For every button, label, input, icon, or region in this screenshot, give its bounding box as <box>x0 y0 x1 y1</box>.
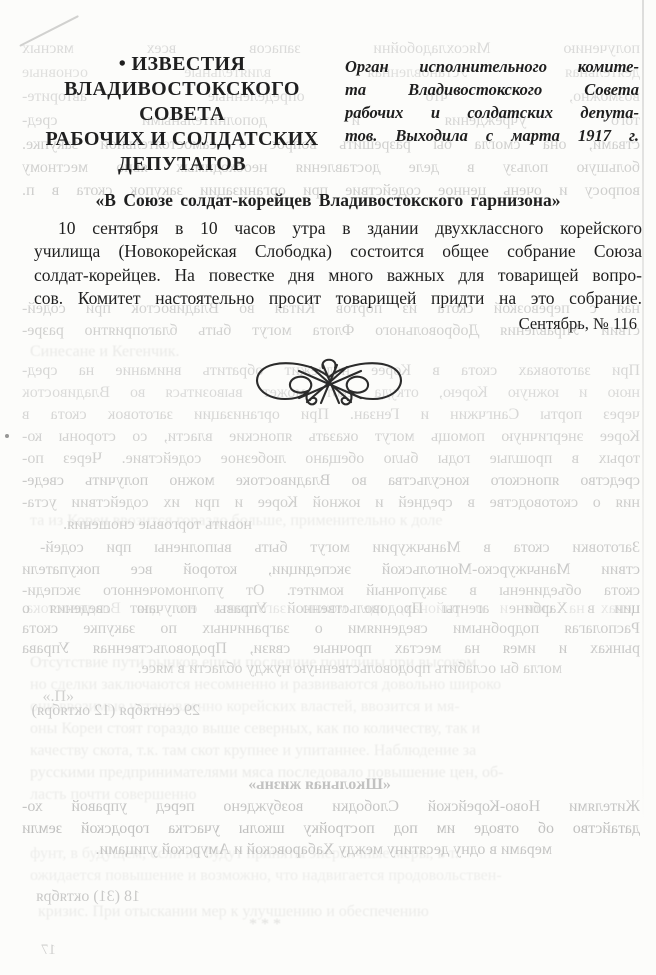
ghost-line: та из Кореи ввозится гораздо больше, при… <box>30 512 590 530</box>
text-line: солдат-корейцев. На повестке дня много в… <box>34 264 642 287</box>
text-line: ДЕПУТАТОВ <box>26 152 338 177</box>
newspaper-page: получению Мясохладобойни запасов всех мя… <box>0 0 656 975</box>
bleedthrough-line: скота объединены в закупочный комитет. О… <box>22 582 640 600</box>
publication-note: Орган исполнительного комите-та Владивос… <box>345 55 639 147</box>
bleedthrough-line: Располагая подробными сведениями о загра… <box>22 620 640 638</box>
bleedthrough-line: Заготовки скота в Маньчжурии могут быть … <box>40 539 640 557</box>
ghost-line: фунт, в будущем, если не будут приняты э… <box>30 845 630 863</box>
bleedthrough-line: торых в прошлые годы было обещано любезн… <box>22 450 640 468</box>
masthead-title: • ИЗВЕСТИЯВЛАДИВОСТОКСКОГОСОВЕТАРАБОЧИХ … <box>26 52 338 177</box>
bleedthrough-line: средство японского консульства во Владив… <box>22 472 640 490</box>
bleedthrough-line: ния о скотоводстве в средней и южной Кор… <box>22 494 640 512</box>
text-line: училища (Новокорейская Слободка) состоит… <box>34 240 642 263</box>
text-line: та Владивостокского Совета <box>345 78 639 101</box>
ghost-line: ожидается повышение и возможно, что надв… <box>30 867 630 885</box>
ghost-line: Синесане и Кегенчик. <box>30 343 240 361</box>
text-line: тов. Выходила с марта 1917 г. <box>345 124 639 147</box>
issue-dateline: Сентябрь, № 116 <box>0 314 637 334</box>
ghost-line: русскими предпринимателями мяса последов… <box>30 764 630 782</box>
bleedthrough-line: ствии Маньчжурско-Монгольской экспедиции… <box>22 561 640 579</box>
bleedthrough-line: датайство об отводе им под постройку шко… <box>22 820 640 838</box>
text-line: РАБОЧИХ И СОЛДАТСКИХ <box>26 127 338 152</box>
bleedthrough-line: Корее энергичную помощь могут оказать яп… <box>22 428 640 446</box>
text-line: • ИЗВЕСТИЯ <box>26 52 338 77</box>
ghost-line: но сделки заключаются несомненно и разви… <box>30 676 630 694</box>
article-headline: «В Союзе солдат-корейцев Владивостокског… <box>0 190 656 211</box>
ghost-line: Отсутствие пути рынков еще и последние п… <box>30 654 630 672</box>
text-line: сов. Комитет настоятельно просит товарищ… <box>34 287 642 310</box>
ghost-line: они ввозимые установленно корейских влас… <box>30 698 630 716</box>
bleedthrough-line: ценах на скот и о районах, где можно заг… <box>22 600 640 618</box>
text-line: Орган исполнительного комите- <box>345 55 639 78</box>
text-line: СОВЕТА <box>26 102 338 127</box>
ghost-line: * * * <box>200 916 330 934</box>
text-line: ВЛАДИВОСТОКСКОГО <box>26 77 338 102</box>
ghost-line: ласть почти совершенно <box>30 786 310 804</box>
ghost-line: оны Кореи стоят гораздо выше северных, к… <box>30 720 630 738</box>
text-line: 10 сентября в 10 часов утра в здании дву… <box>34 217 642 240</box>
bleedthrough-line: 17 <box>30 942 56 959</box>
ghost-line: качеству скота, т.к. там скот крупнее и … <box>30 742 630 760</box>
text-line: рабочих и солдатских депута- <box>345 101 639 124</box>
ornament-flourish-icon <box>243 355 415 411</box>
article-body: 10 сентября в 10 часов утра в здании дву… <box>34 217 642 311</box>
